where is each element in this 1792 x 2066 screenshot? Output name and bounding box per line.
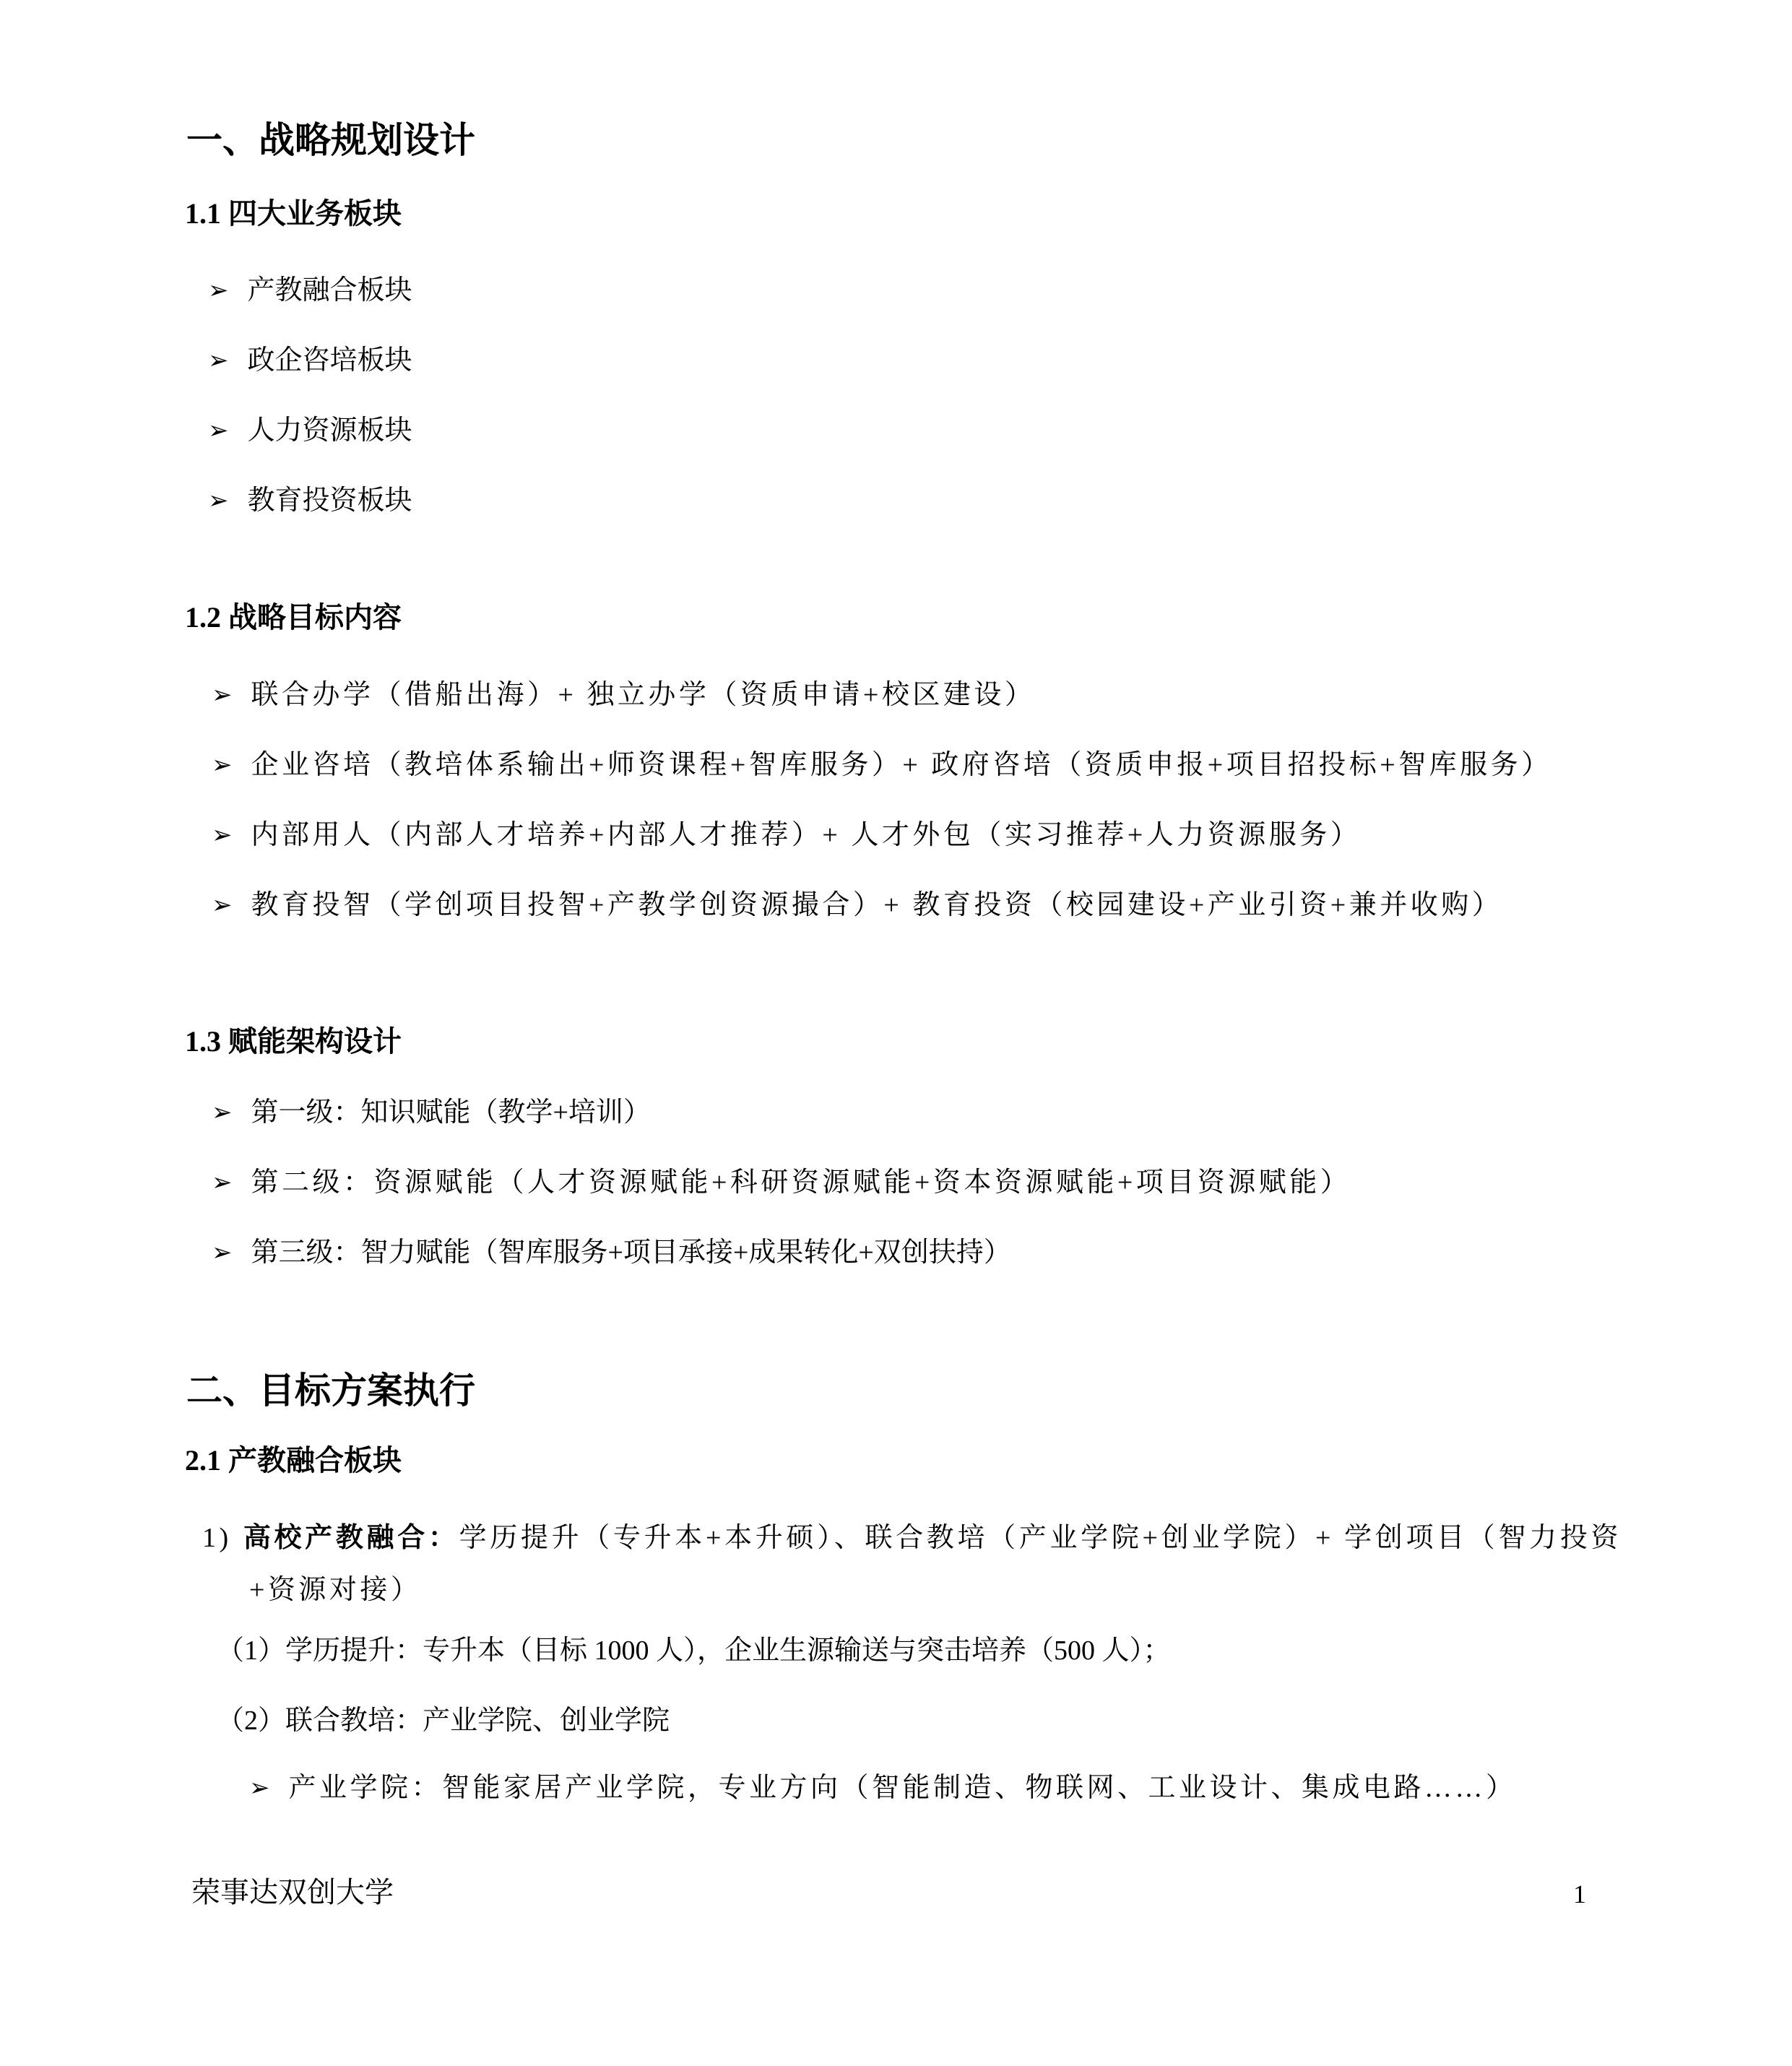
bullet-item: ➢ 第三级：智力赋能（智库服务+项目承接+成果转化+双创扶持）: [212, 1235, 1011, 1270]
document-page: 一、战略规划设计 1.1 四大业务板块 ➢ 产教融合板块 ➢ 政企咨培板块 ➢ …: [0, 0, 1792, 2066]
bullet-item: ➢ 联合办学（借船出海）+ 独立办学（资质申请+校区建设）: [212, 678, 1035, 712]
bullet-arrow-icon: ➢: [249, 1771, 270, 1805]
bullet-arrow-icon: ➢: [212, 1095, 233, 1130]
bullet-arrow-icon: ➢: [208, 483, 229, 518]
bullet-item: ➢ 第二级：资源赋能（人才资源赋能+科研资源赋能+资本资源赋能+项目资源赋能）: [212, 1165, 1351, 1200]
bullet-arrow-icon: ➢: [212, 888, 233, 922]
bullet-arrow-icon: ➢: [212, 1235, 233, 1270]
bullet-item: ➢ 教育投资板块: [208, 483, 412, 518]
page-number: 1: [1573, 1878, 1586, 1910]
bullet-text: 内部用人（内部人才培养+内部人才推荐）+ 人才外包（实习推荐+人力资源服务）: [251, 818, 1362, 852]
bullet-item: ➢ 产教融合板块: [208, 273, 412, 308]
bullet-text: 人力资源板块: [248, 413, 412, 448]
bullet-item: ➢ 人力资源板块: [208, 413, 412, 448]
subsection-heading-2-1: 2.1 产教融合板块: [185, 1443, 402, 1478]
bullet-arrow-icon: ➢: [212, 818, 233, 852]
numbered-item: 1)高校产教融合：学历提升（专升本+本升硕）、联合教培（产业学院+创业学院）+ …: [202, 1512, 1622, 1616]
bullet-text: 第一级：知识赋能（教学+培训）: [251, 1095, 651, 1130]
bullet-text: 联合办学（借船出海）+ 独立办学（资质申请+校区建设）: [251, 678, 1036, 712]
bullet-text: 第二级：资源赋能（人才资源赋能+科研资源赋能+资本资源赋能+项目资源赋能）: [251, 1165, 1351, 1200]
section-heading-2: 二、目标方案执行: [186, 1370, 475, 1412]
bullet-arrow-icon: ➢: [212, 748, 233, 782]
bullet-arrow-icon: ➢: [208, 343, 229, 378]
item-lead-bold: 高校产教融合：: [243, 1523, 459, 1553]
subsection-heading-1-3: 1.3 赋能架构设计: [185, 1024, 402, 1059]
footer-organization: 荣事达双创大学: [191, 1875, 394, 1910]
section-heading-1: 一、战略规划设计: [186, 119, 475, 161]
bullet-item: ➢ 政企咨培板块: [208, 343, 412, 378]
bullet-text: 教育投资板块: [248, 483, 412, 518]
bullet-text: 政企咨培板块: [248, 343, 412, 378]
sub-item-1: （1）学历提升：专升本（目标 1000 人），企业生源输送与突击培养（500 人…: [217, 1633, 1171, 1668]
bullet-item: ➢ 第一级：知识赋能（教学+培训）: [212, 1095, 651, 1130]
item-marker: 1): [202, 1523, 232, 1553]
bullet-text: 教育投智（学创项目投智+产教学创资源撮合）+ 教育投资（校园建设+产业引资+兼并…: [251, 888, 1503, 922]
bullet-arrow-icon: ➢: [212, 1165, 233, 1200]
subsection-heading-1-2: 1.2 战略目标内容: [185, 600, 402, 635]
bullet-arrow-icon: ➢: [208, 273, 229, 308]
sub-item-2: （2）联合教培：产业学院、创业学院: [217, 1703, 670, 1738]
bullet-text: 第三级：智力赋能（智库服务+项目承接+成果转化+双创扶持）: [251, 1235, 1011, 1270]
bullet-text: 企业咨培（教培体系输出+师资课程+智库服务）+ 政府咨培（资质申报+项目招投标+…: [251, 748, 1552, 782]
bullet-text: 产教融合板块: [248, 273, 412, 308]
bullet-item: ➢ 产业学院：智能家居产业学院，专业方向（智能制造、物联网、工业设计、集成电路……: [249, 1771, 1517, 1805]
bullet-text: 产业学院：智能家居产业学院，专业方向（智能制造、物联网、工业设计、集成电路……）: [289, 1771, 1517, 1805]
bullet-item: ➢ 内部用人（内部人才培养+内部人才推荐）+ 人才外包（实习推荐+人力资源服务）: [212, 818, 1361, 852]
bullet-item: ➢ 教育投智（学创项目投智+产教学创资源撮合）+ 教育投资（校园建设+产业引资+…: [212, 888, 1502, 922]
bullet-item: ➢ 企业咨培（教培体系输出+师资课程+智库服务）+ 政府咨培（资质申报+项目招投…: [212, 748, 1552, 782]
bullet-arrow-icon: ➢: [208, 413, 229, 448]
bullet-arrow-icon: ➢: [212, 678, 233, 712]
subsection-heading-1-1: 1.1 四大业务板块: [185, 196, 402, 231]
